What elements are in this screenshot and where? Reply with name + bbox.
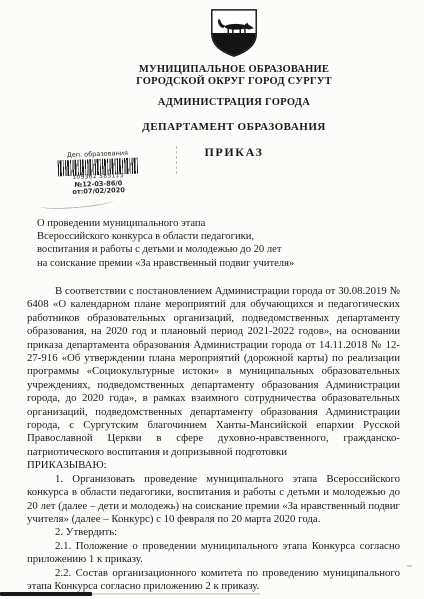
order-keyword: ПРИКАЗЫВАЮ: <box>27 459 400 472</box>
preamble-paragraph: В соответствии с постановлением Админист… <box>27 285 400 459</box>
org-name-line2: ГОРОДСКОЙ ОКРУГ ГОРОД СУРГУТ <box>48 76 420 88</box>
scan-artifact-dark-bar <box>0 592 92 596</box>
scan-artifact-light-bar <box>92 593 260 595</box>
order-item-2: 2. Утвердить: <box>27 526 400 539</box>
order-subject: О проведении муниципального этапа Всерос… <box>37 217 382 270</box>
registration-stamp: Деп. образования 109362 585113 №12-03-86… <box>54 150 142 197</box>
order-item-1: 1. Организовать проведение муниципальног… <box>27 473 400 527</box>
pen-mark-squiggle <box>40 195 115 210</box>
order-body: В соответствии с постановлением Админист… <box>27 285 400 593</box>
department-title: ДЕПАРТАМЕНТ ОБРАЗОВАНИЯ <box>48 121 420 133</box>
order-item-2-2: 2.2. Состав организационного комитета по… <box>27 567 400 594</box>
subject-line: воспитания и работы с детьми и молодежью… <box>37 243 382 256</box>
document-header: МУНИЦИПАЛЬНОЕ ОБРАЗОВАНИЕ ГОРОДСКОЙ ОКРУ… <box>48 8 420 159</box>
scanned-order-document: МУНИЦИПАЛЬНОЕ ОБРАЗОВАНИЕ ГОРОДСКОЙ ОКРУ… <box>0 0 424 599</box>
org-name-line1: МУНИЦИПАЛЬНОЕ ОБРАЗОВАНИЕ <box>48 64 420 76</box>
administration-title: АДМИНИСТРАЦИЯ ГОРОДА <box>48 97 420 109</box>
fold-mark-line <box>176 146 177 174</box>
subject-line: Всероссийского конкурса в области педаго… <box>37 230 382 243</box>
subject-line: на соискание премии «За нравственный под… <box>37 257 382 270</box>
surgut-coat-of-arms-icon <box>206 8 262 58</box>
subject-line: О проведении муниципального этапа <box>37 217 382 230</box>
scan-artifact-dot <box>407 565 412 567</box>
order-item-2-1: 2.1. Положение о проведении муниципально… <box>27 540 400 567</box>
